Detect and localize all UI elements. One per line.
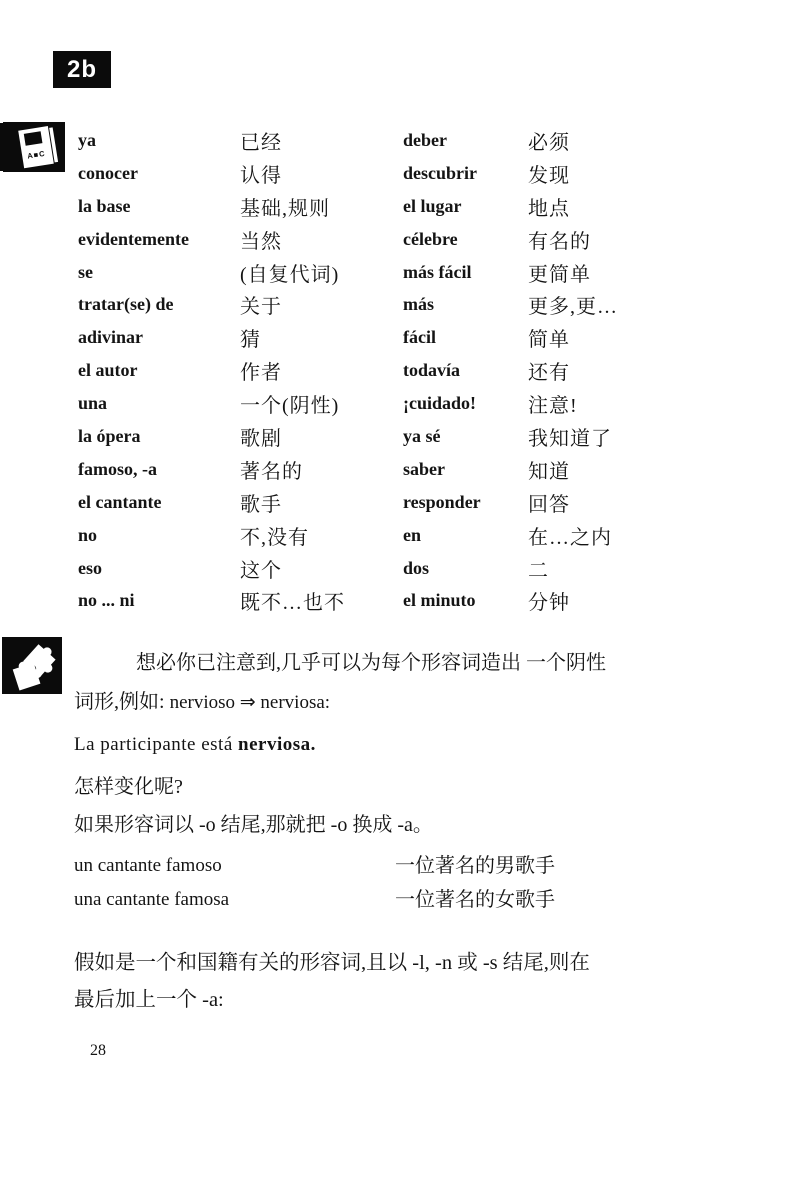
rule-nationality-line-2: 最后加上一个 -a:: [74, 989, 224, 1011]
vocab-translation-zh: 必须: [528, 126, 768, 155]
vocab-translation-zh: 歌手: [240, 488, 403, 517]
rule-nationality-line-1: 假如是一个和国籍有关的形容词,且以 -l, -n 或 -s 结尾,则在: [74, 952, 590, 974]
sentence-bold-word: nerviosa.: [238, 734, 316, 755]
vocab-translation-zh: 回答: [528, 488, 768, 517]
vocabulary-book-icon: A■C: [3, 122, 65, 177]
puzzle-icon: [2, 637, 62, 699]
vocab-translation-zh: 这个: [240, 554, 403, 583]
example-row: un cantante famoso一位著名的男歌手: [74, 849, 724, 883]
vocab-translation-zh: 著名的: [240, 455, 403, 484]
vocab-term-es: famoso, -a: [78, 459, 240, 480]
vocab-term-es: conocer: [78, 163, 240, 184]
vocab-term-es: una: [78, 393, 240, 414]
grammar-intro-paragraph: 想必你已注意到,几乎可以为每个形容词造出 一个阴性词形,例如: nervioso…: [74, 644, 724, 722]
vocab-translation-zh: 更简单: [528, 258, 768, 287]
vocab-term-es: responder: [403, 492, 528, 513]
rule-nationality: 假如是一个和国籍有关的形容词,且以 -l, -n 或 -s 结尾,则在最后加上一…: [74, 945, 734, 1019]
example-es: un cantante famoso: [74, 849, 395, 883]
sentence-prefix: La participante está: [74, 734, 238, 755]
intro-line-2-zh: 词形,例如:: [74, 691, 170, 713]
vocab-term-es: fácil: [403, 327, 528, 348]
vocab-term-es: no ... ni: [78, 590, 240, 611]
vocab-table: ya已经deber必须conocer认得descubrir发现la base基础…: [78, 124, 768, 617]
vocab-translation-zh: (自复代词): [240, 258, 403, 287]
example-es: una cantante famosa: [74, 883, 395, 917]
vocab-translation-zh: 作者: [240, 356, 403, 385]
page-number: 28: [90, 1042, 106, 1060]
vocab-translation-zh: 我知道了: [528, 422, 768, 451]
vocab-translation-zh: 更多,更…: [528, 290, 768, 319]
vocab-term-es: deber: [403, 130, 528, 151]
vocab-translation-zh: 分钟: [528, 586, 768, 615]
vocab-term-es: dos: [403, 558, 528, 579]
vocab-term-es: no: [78, 525, 240, 546]
example-sentence: La participante está nerviosa.: [74, 734, 316, 756]
vocab-term-es: adivinar: [78, 327, 240, 348]
vocab-term-es: ya sé: [403, 426, 528, 447]
grammar-question: 怎样变化呢?: [74, 770, 183, 799]
intro-example-words: nervioso ⇒ nerviosa:: [170, 692, 331, 713]
vocab-translation-zh: 一个(阴性): [240, 389, 403, 418]
vocab-translation-zh: 当然: [240, 225, 403, 254]
example-zh: 一位著名的女歌手: [395, 883, 724, 917]
vocab-translation-zh: 不,没有: [240, 521, 403, 550]
vocab-term-es: el cantante: [78, 492, 240, 513]
vocab-term-es: descubrir: [403, 163, 528, 184]
rule-o-ending: 如果形容词以 -o 结尾,那就把 -o 换成 -a。: [74, 808, 433, 837]
vocab-translation-zh: 认得: [240, 159, 403, 188]
vocab-term-es: el minuto: [403, 590, 528, 611]
intro-line-1: 想必你已注意到,几乎可以为每个形容词造出 一个阴性: [74, 652, 606, 674]
vocab-translation-zh: 简单: [528, 323, 768, 352]
vocab-translation-zh: 猜: [240, 323, 403, 352]
vocab-term-es: el autor: [78, 360, 240, 381]
chapter-badge: 2b: [53, 51, 111, 88]
example-zh: 一位著名的男歌手: [395, 849, 724, 883]
vocab-term-es: eso: [78, 558, 240, 579]
vocab-term-es: en: [403, 525, 528, 546]
vocab-term-es: más: [403, 294, 528, 315]
vocab-term-es: saber: [403, 459, 528, 480]
vocab-term-es: más fácil: [403, 262, 528, 283]
vocab-term-es: la ópera: [78, 426, 240, 447]
vocab-translation-zh: 既不…也不: [240, 586, 403, 615]
vocab-translation-zh: 地点: [528, 192, 768, 221]
vocab-term-es: ¡cuidado!: [403, 393, 528, 414]
vocab-term-es: evidentemente: [78, 229, 240, 250]
vocab-term-es: tratar(se) de: [78, 294, 240, 315]
vocab-translation-zh: 在…之内: [528, 521, 768, 550]
vocab-term-es: se: [78, 262, 240, 283]
vocab-translation-zh: 基础,规则: [240, 192, 403, 221]
vocab-translation-zh: 发现: [528, 159, 768, 188]
example-row: una cantante famosa一位著名的女歌手: [74, 883, 724, 917]
vocab-translation-zh: 还有: [528, 356, 768, 385]
vocab-term-es: ya: [78, 130, 240, 151]
vocab-translation-zh: 歌剧: [240, 422, 403, 451]
vocab-translation-zh: 关于: [240, 290, 403, 319]
vocab-term-es: la base: [78, 196, 240, 217]
vocab-term-es: célebre: [403, 229, 528, 250]
vocab-term-es: todavía: [403, 360, 528, 381]
vocab-term-es: el lugar: [403, 196, 528, 217]
vocab-translation-zh: 二: [528, 554, 768, 583]
vocab-translation-zh: 注意!: [528, 389, 768, 418]
gender-examples: un cantante famoso一位著名的男歌手una cantante f…: [74, 849, 724, 917]
vocab-translation-zh: 知道: [528, 455, 768, 484]
vocab-translation-zh: 已经: [240, 126, 403, 155]
book-page: 2b A■C ya已经deber必须conocer认得descubrir发现la…: [0, 0, 798, 1177]
vocab-translation-zh: 有名的: [528, 225, 768, 254]
